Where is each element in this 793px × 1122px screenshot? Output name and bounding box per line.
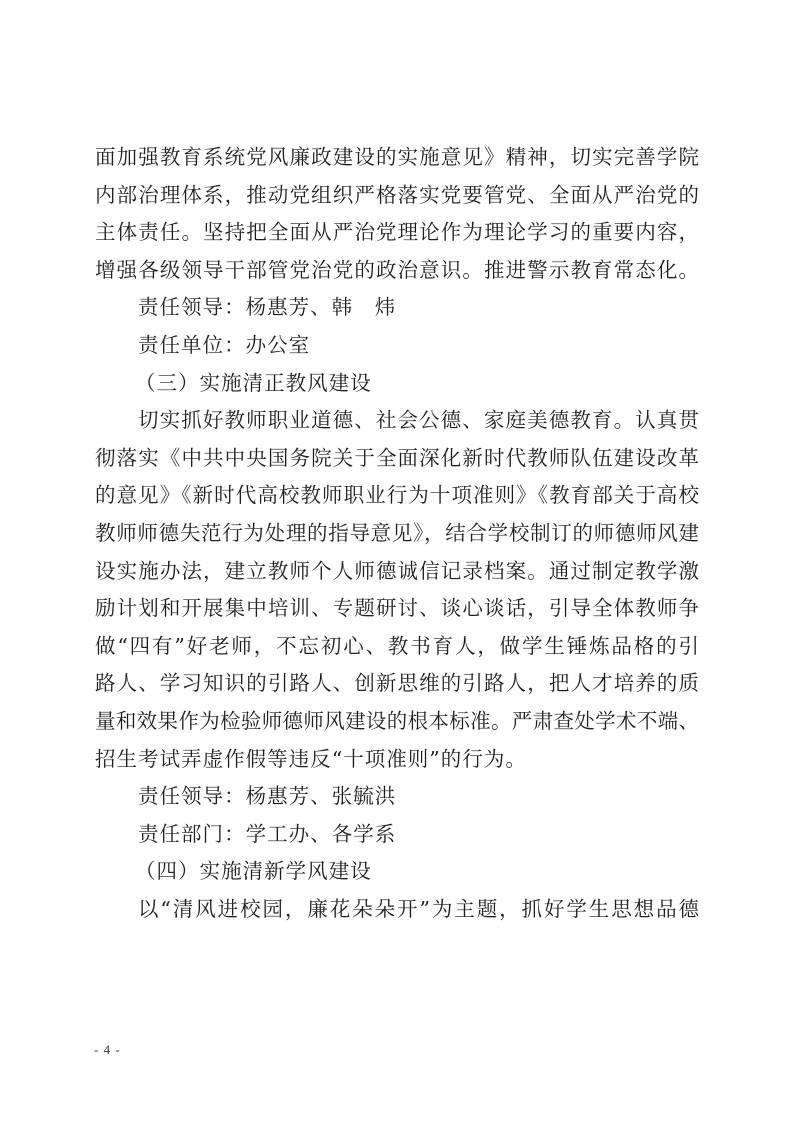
paragraph-line: 切实抓好教师职业道德、社会公德、家庭美德教育。认真贯 <box>95 402 699 440</box>
section-heading-3: （三）实施清正教风建设 <box>95 365 699 403</box>
paragraph-line: 主体责任。坚持把全面从严治党理论作为理论学习的重要内容， <box>95 214 699 252</box>
paragraph-line: 的意见》《新时代高校教师职业行为十项准则》《教育部关于高校 <box>95 477 699 515</box>
document-body: 面加强教育系统党风廉政建设的实施意见》精神，切实完善学院 内部治理体系，推动党组… <box>95 139 699 928</box>
paragraph-line: 设实施办法，建立教师个人师德诚信记录档案。通过制定教学激 <box>95 553 699 591</box>
paragraph-line: 面加强教育系统党风廉政建设的实施意见》精神，切实完善学院 <box>95 139 699 177</box>
paragraph-line: 教师师德失范行为处理的指导意见》，结合学校制订的师德师风建 <box>95 515 699 553</box>
page-number: - 4 - <box>94 1042 121 1058</box>
responsible-leader-line: 责任领导：杨惠芳、韩 炜 <box>95 289 699 327</box>
paragraph-line: 量和效果作为检验师德师风建设的根本标准。严肃查处学术不端、 <box>95 703 699 741</box>
paragraph-line: 励计划和开展集中培训、专题研讨、谈心谈话，引导全体教师争 <box>95 590 699 628</box>
paragraph-line: 路人、学习知识的引路人、创新思维的引路人，把人才培养的质 <box>95 665 699 703</box>
paragraph-line: 内部治理体系，推动党组织严格落实党要管党、全面从严治党的 <box>95 177 699 215</box>
paragraph-line: 做“四有”好老师，不忘初心、教书育人，做学生锤炼品格的引 <box>95 628 699 666</box>
section-heading-4: （四）实施清新学风建设 <box>95 853 699 891</box>
responsible-unit-line: 责任单位：办公室 <box>95 327 699 365</box>
document-page: 面加强教育系统党风廉政建设的实施意见》精神，切实完善学院 内部治理体系，推动党组… <box>0 0 793 1122</box>
responsible-department-line: 责任部门：学工办、各学系 <box>95 816 699 854</box>
paragraph-line: 招生考试弄虚作假等违反“十项准则”的行为。 <box>95 741 699 779</box>
paragraph-line: 彻落实《中共中央国务院关于全面深化新时代教师队伍建设改革 <box>95 440 699 478</box>
paragraph-line: 增强各级领导干部管党治党的政治意识。推进警示教育常态化。 <box>95 252 699 290</box>
responsible-leader-line: 责任领导：杨惠芳、张毓洪 <box>95 778 699 816</box>
paragraph-line: 以“清风进校园，廉花朵朵开”为主题，抓好学生思想品德 <box>95 891 699 929</box>
